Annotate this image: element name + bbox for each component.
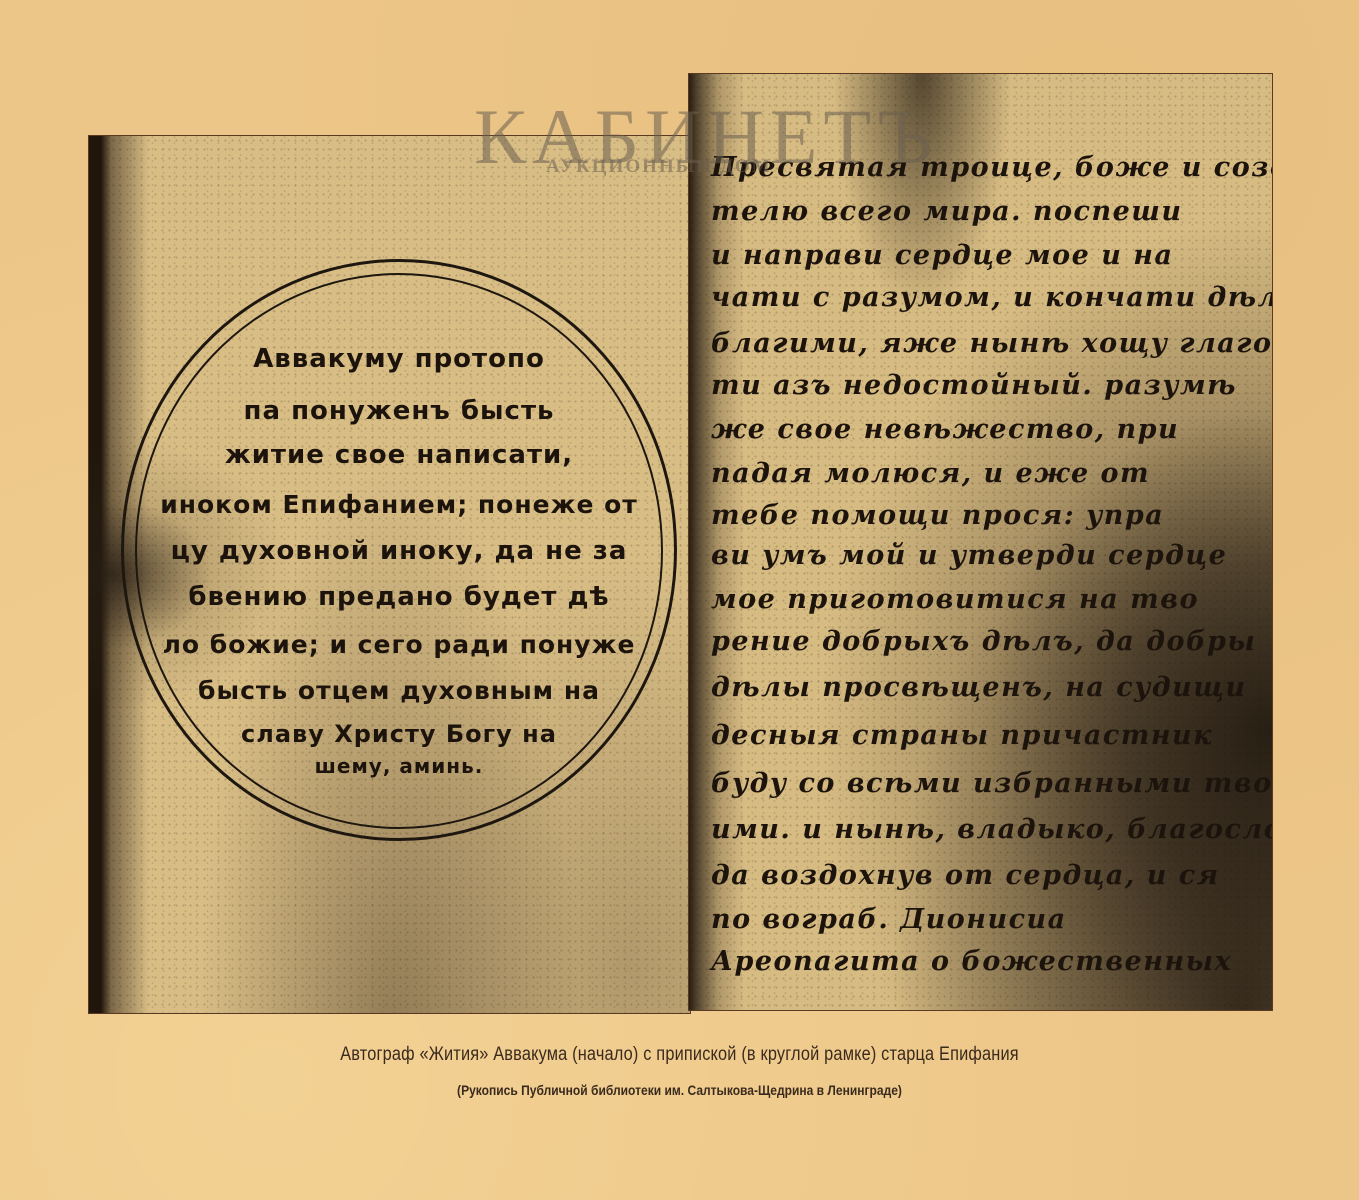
manuscript-line: мое приготовитися на тво: [711, 584, 1199, 615]
figure-caption: Автограф «Жития» Аввакума (начало) с при…: [95, 1044, 1264, 1066]
inscription-line: цу духовной иноку, да не за: [149, 536, 649, 566]
inscription-line: бысть отцем духовным на: [149, 676, 649, 705]
manuscript-line: ими. и нынѣ, владыко, благослови,: [711, 814, 1273, 845]
inscription-line: бвению предано будет дѣ: [149, 582, 649, 612]
figure-source-note: (Рукопись Публичной библиотеки им. Салты…: [95, 1082, 1264, 1098]
inscription-line: шему, аминь.: [149, 754, 649, 778]
manuscript-line: же свое невѣжество, при: [711, 414, 1179, 445]
manuscript-line: буду со всѣми избранными тво: [711, 768, 1273, 799]
manuscript-line: Ареопагита о божественных: [711, 946, 1232, 977]
inscription-line: па понуженъ бысть: [149, 396, 649, 426]
manuscript-line: по вограб. Дионисиа: [711, 904, 1067, 935]
manuscript-line: тебе помощи прося: упра: [711, 500, 1164, 531]
manuscript-line: благими, яже нынѣ хощу глаго: [711, 328, 1273, 359]
manuscript-line: ти азъ недостойный. разумѣ: [711, 370, 1237, 401]
left-manuscript-plate: Аввакуму протопо па понуженъ бысть житие…: [88, 135, 691, 1014]
circle-inscription: Аввакуму протопо па понуженъ бысть житие…: [149, 136, 649, 1014]
inscription-line: ло божие; и сего ради понуже: [149, 630, 649, 659]
inscription-line: иноком Епифанием; понеже от: [149, 490, 649, 519]
manuscript-line: ви умъ мой и утверди сердце: [711, 540, 1227, 571]
manuscript-line: рение добрыхъ дѣлъ, да добры: [711, 626, 1256, 657]
inscription-line: славу Христу Богу на: [149, 720, 649, 748]
manuscript-line: десныя страны причастник: [711, 720, 1213, 751]
manuscript-line: и направи сердце мое и на: [711, 240, 1173, 271]
manuscript-line: Пресвятая троице, боже и созда: [711, 152, 1273, 183]
right-manuscript-plate: Пресвятая троице, боже и созда телю всег…: [688, 73, 1273, 1011]
manuscript-line: чати с разумом, и кончати дѣлѣ: [711, 282, 1273, 313]
manuscript-line: дѣлы просвѣщенъ, на судищи: [711, 672, 1247, 703]
manuscript-line: телю всего мира. поспеши: [711, 196, 1182, 227]
inscription-line: житие свое написати,: [149, 440, 649, 470]
manuscript-line: да воздохнув от сердца, и ся: [711, 860, 1220, 891]
manuscript-line: падая молюся, и еже от: [711, 458, 1150, 489]
inscription-line: Аввакуму протопо: [149, 344, 649, 374]
